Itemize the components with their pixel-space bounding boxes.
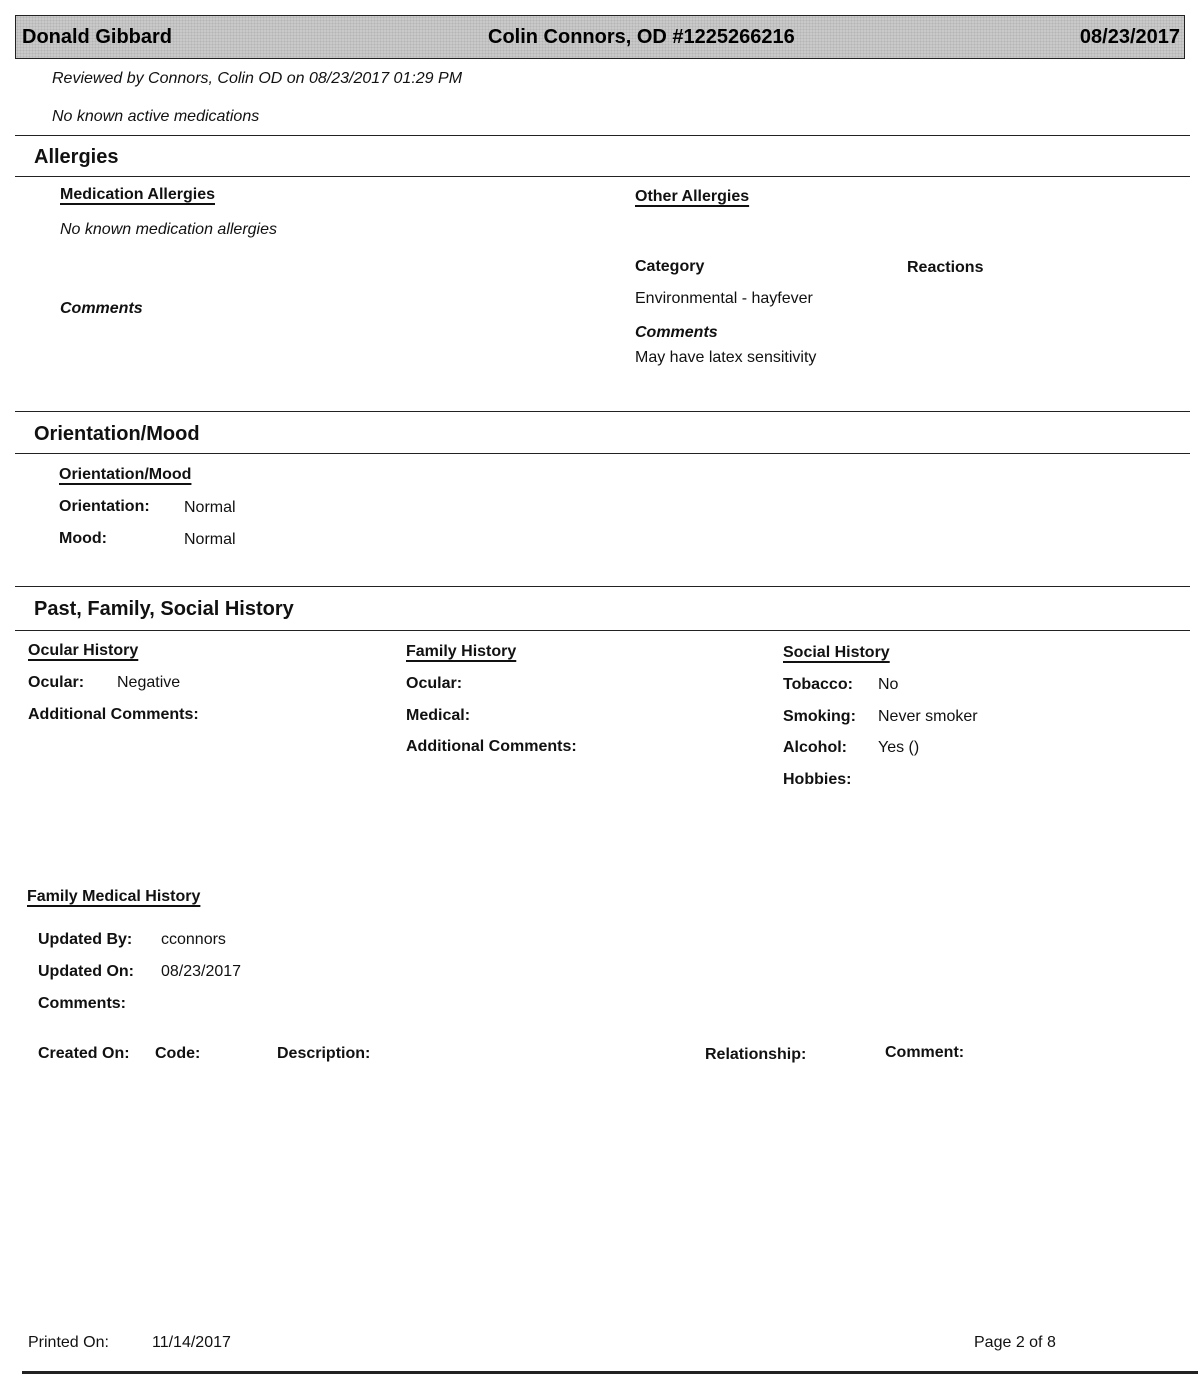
tobacco-label: Tobacco: [783, 676, 853, 694]
divider [15, 135, 1190, 136]
orientation-label: Orientation: [59, 498, 150, 516]
divider [15, 630, 1190, 631]
column-created-on: Created On: [38, 1045, 130, 1063]
reactions-label: Reactions [907, 259, 983, 277]
patient-name: Donald Gibbard [22, 26, 172, 49]
column-code: Code: [155, 1045, 200, 1063]
column-comment: Comment: [885, 1044, 964, 1062]
divider [15, 176, 1190, 177]
medications-reviewed: Reviewed by Connors, Colin OD on 08/23/2… [52, 70, 462, 88]
social-history-title: Social History [783, 644, 890, 662]
alcohol-label: Alcohol: [783, 739, 847, 757]
section-title-history: Past, Family, Social History [34, 598, 294, 621]
provider-name: Colin Connors, OD #1225266216 [488, 26, 795, 49]
ocular-label: Ocular: [28, 674, 84, 692]
column-relationship: Relationship: [705, 1046, 806, 1064]
column-description: Description: [277, 1045, 370, 1063]
family-ocular-label: Ocular: [406, 675, 462, 693]
updated-on-value: 08/23/2017 [161, 963, 241, 981]
ocular-value: Negative [117, 674, 180, 692]
family-medical-history-title: Family Medical History [27, 888, 200, 906]
category-value: Environmental - hayfever [635, 290, 813, 308]
updated-by-value: cconnors [161, 931, 226, 949]
footer-divider [22, 1371, 1198, 1374]
divider [15, 453, 1190, 454]
smoking-value: Never smoker [878, 708, 978, 726]
medication-allergies-comments-label: Comments [60, 300, 143, 318]
mood-label: Mood: [59, 530, 107, 548]
alcohol-value: Yes () [878, 739, 919, 757]
tobacco-value: No [878, 676, 898, 694]
page-number: Page 2 of 8 [974, 1334, 1056, 1352]
header-date: 08/23/2017 [1080, 26, 1180, 49]
fmh-comments-label: Comments: [38, 995, 126, 1013]
medication-allergies-status: No known medication allergies [60, 221, 277, 239]
other-allergies-comments-label: Comments [635, 324, 718, 342]
ocular-comments-label: Additional Comments: [28, 706, 199, 724]
updated-on-label: Updated On: [38, 963, 134, 981]
orientation-mood-subtitle: Orientation/Mood [59, 466, 191, 484]
medication-allergies-title: Medication Allergies [60, 186, 215, 204]
orientation-value: Normal [184, 499, 236, 517]
mood-value: Normal [184, 531, 236, 549]
report-header: Donald Gibbard Colin Connors, OD #122526… [15, 15, 1185, 59]
section-title-allergies: Allergies [34, 146, 118, 169]
printed-on-value: 11/14/2017 [152, 1334, 231, 1352]
family-comments-label: Additional Comments: [406, 738, 577, 756]
family-history-title: Family History [406, 643, 516, 661]
category-label: Category [635, 258, 704, 276]
ocular-history-title: Ocular History [28, 642, 138, 660]
divider [15, 411, 1190, 412]
divider [15, 586, 1190, 587]
updated-by-label: Updated By: [38, 931, 132, 949]
other-allergies-title: Other Allergies [635, 188, 749, 206]
family-medical-label: Medical: [406, 707, 470, 725]
section-title-orientation-mood: Orientation/Mood [34, 423, 200, 446]
other-allergies-comments-value: May have latex sensitivity [635, 349, 816, 367]
medications-status: No known active medications [52, 108, 259, 126]
smoking-label: Smoking: [783, 708, 856, 726]
printed-on-label: Printed On: [28, 1334, 109, 1352]
hobbies-label: Hobbies: [783, 771, 851, 789]
